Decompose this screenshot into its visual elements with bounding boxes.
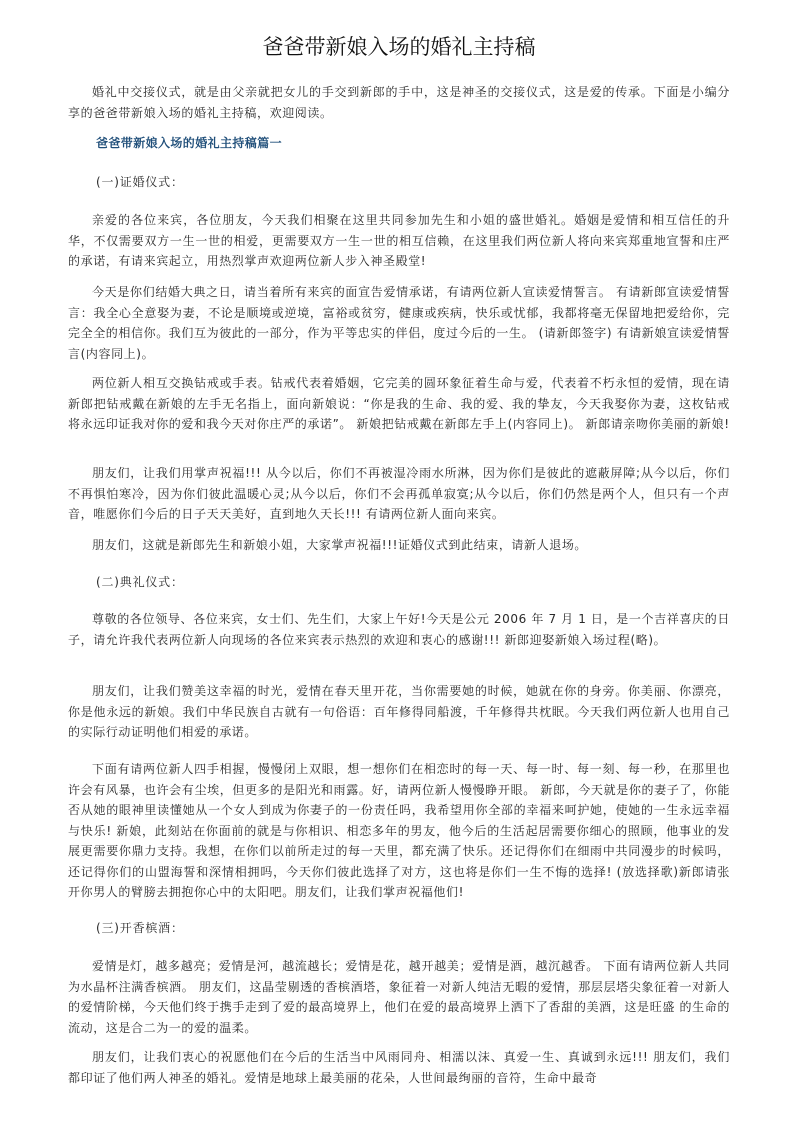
paragraph: 朋友们，让我们用掌声祝福!!! 从今以后，你们不再被湿冷雨水所淋，因为你们是彼此… bbox=[68, 463, 730, 525]
part-heading-1: (一)证婚仪式： bbox=[96, 172, 184, 192]
part-heading-3: (三)开香槟酒： bbox=[96, 918, 184, 938]
paragraph: 爱情是灯，越多越亮；爱情是河，越流越长；爱情是花，越开越美；爱情是酒，越沉越香。… bbox=[68, 956, 730, 1038]
part-heading-2: (二)典礼仪式： bbox=[96, 572, 184, 592]
section-heading: 爸爸带新娘入场的婚礼主持稿篇一 bbox=[96, 133, 282, 153]
paragraph: 今天是你们结婚大典之日，请当着所有来宾的面宣告爱情承诺，有请两位新人宣读爱情誓言… bbox=[68, 282, 730, 364]
paragraph: 亲爱的各位来宾，各位朋友，今天我们相聚在这里共同参加先生和小姐的盛世婚礼。婚姻是… bbox=[68, 210, 730, 272]
paragraph: 朋友们，让我们衷心的祝愿他们在今后的生活当中风雨同舟、相濡以沫、真爱一生、真诚到… bbox=[68, 1047, 730, 1088]
intro-paragraph: 婚礼中交接仪式，就是由父亲就把女儿的手交到新郎的手中，这是神圣的交接仪式，这是爱… bbox=[68, 82, 730, 123]
paragraph: 朋友们，让我们赞美这幸福的时光，爱情在春天里开花，当你需要她的时候，她就在你的身… bbox=[68, 681, 730, 743]
paragraph: 尊敬的各位领导、各位来宾，女士们、先生们，大家上午好!今天是公元 2006 年 … bbox=[68, 609, 730, 650]
paragraph: 两位新人相互交换钻戒或手表。钻戒代表着婚姻，它完美的圆环象征着生命与爱，代表着不… bbox=[68, 373, 730, 435]
document-title: 爸爸带新娘入场的婚礼主持稿 bbox=[68, 32, 730, 62]
paragraph: 下面有请两位新人四手相握，慢慢闭上双眼，想一想你们在相恋时的每一天、每一时、每一… bbox=[68, 759, 730, 903]
paragraph: 朋友们，这就是新郎先生和新娘小姐，大家掌声祝福!!!证婚仪式到此结束，请新人退场… bbox=[68, 535, 730, 556]
